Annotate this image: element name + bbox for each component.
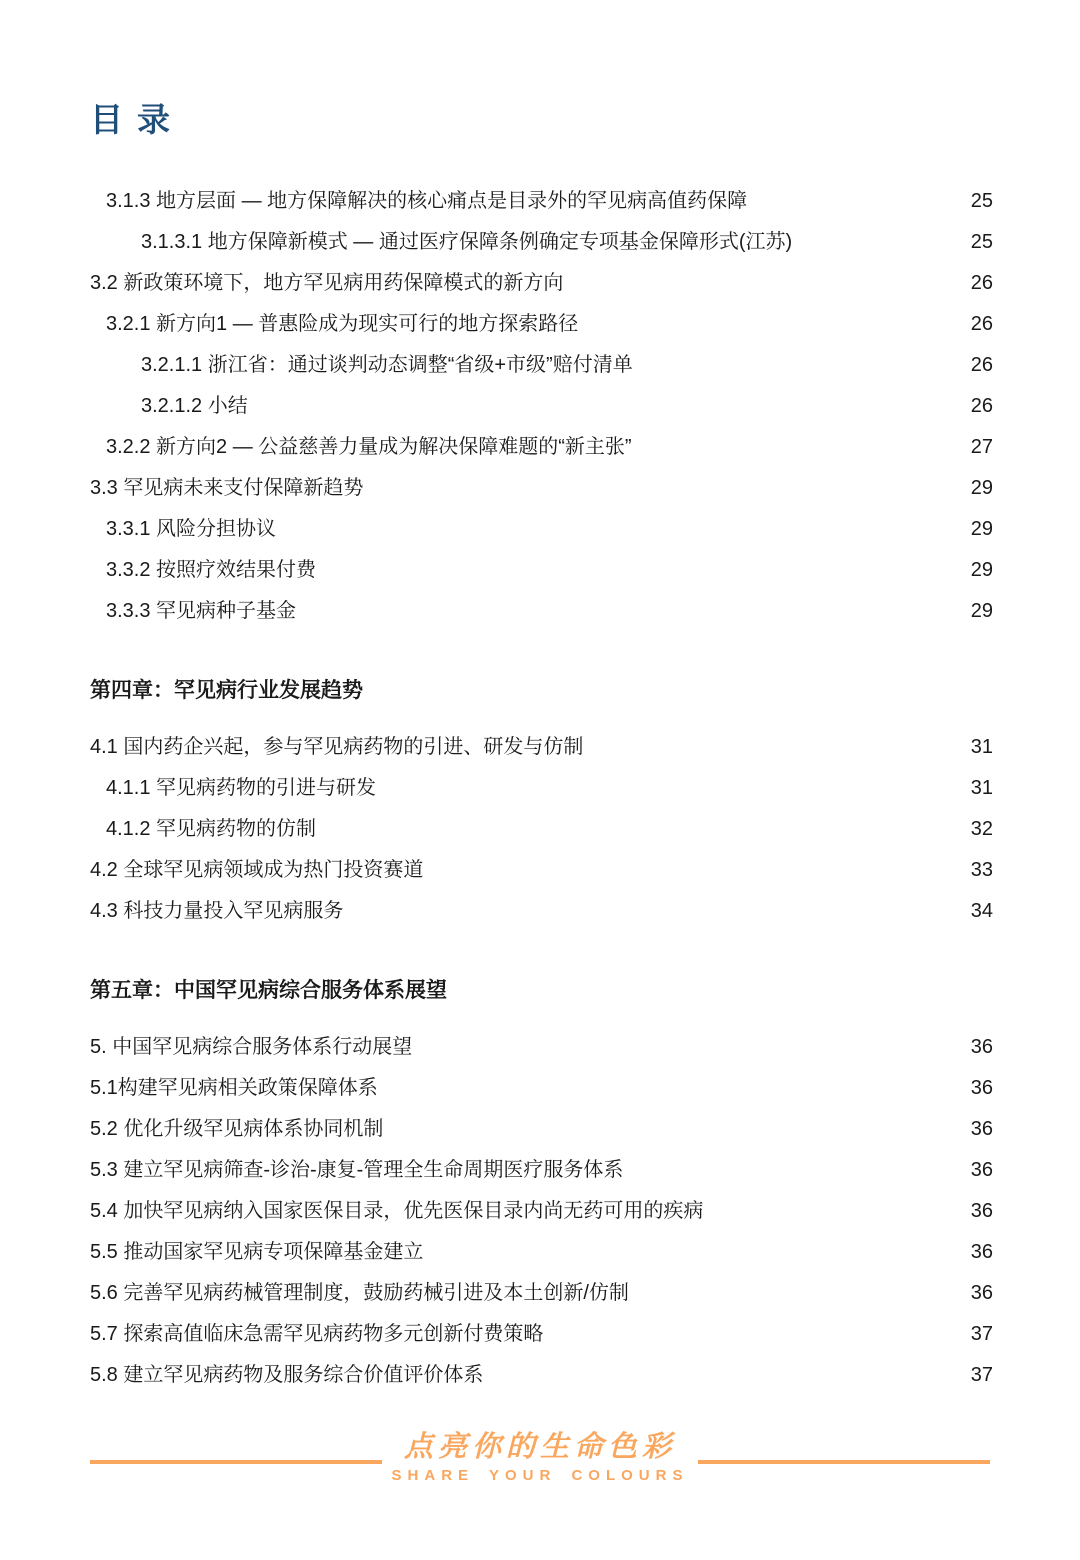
- toc-entry-label: 4.1 国内药企兴起，参与罕见病药物的引进、研发与仿制: [90, 727, 943, 768]
- toc-entry[interactable]: 5. 中国罕见病综合服务体系行动展望 36: [90, 1027, 993, 1068]
- toc-entry[interactable]: 4.3 科技力量投入罕见病服务 34: [90, 891, 993, 932]
- footer-brand: 点亮你的生命色彩 SHARE YOUR COLOURS: [382, 1430, 699, 1484]
- toc-entry-label: 4.2 全球罕见病领域成为热门投资赛道: [90, 850, 943, 891]
- toc-entry-page: 31: [957, 727, 993, 768]
- toc-entry-label: 3.3 罕见病未来支付保障新趋势: [90, 468, 943, 509]
- toc-entry-label: 3.3.1 风险分担协议: [106, 509, 943, 550]
- toc-entry[interactable]: 3.2.1.1 浙江省：通过谈判动态调整“省级+市级”赔付清单 26: [90, 345, 993, 386]
- toc-entry-page: 26: [957, 304, 993, 345]
- toc-entry-label: 3.1.3.1 地方保障新模式 — 通过医疗保障条例确定专项基金保障形式(江苏): [141, 222, 943, 263]
- toc-entry-page: 37: [957, 1314, 993, 1355]
- toc-entry-label: 5.3 建立罕见病筛查-诊治-康复-管理全生命周期医疗服务体系: [90, 1150, 943, 1191]
- toc-entry[interactable]: 3.3.3 罕见病种子基金 29: [90, 591, 993, 632]
- toc-entry[interactable]: 4.2 全球罕见病领域成为热门投资赛道 33: [90, 850, 993, 891]
- footer-tagline-en: SHARE YOUR COLOURS: [392, 1467, 689, 1484]
- divider-line-right: [698, 1460, 990, 1464]
- toc-entry-label: 3.3.3 罕见病种子基金: [106, 591, 943, 632]
- toc-entry-label: 5.6 完善罕见病药械管理制度，鼓励药械引进及本土创新/仿制: [90, 1273, 943, 1314]
- toc-entry-label: 第四章：罕见病行业发展趋势: [90, 670, 993, 711]
- toc-entry-label: 5.5 推动国家罕见病专项保障基金建立: [90, 1232, 943, 1273]
- toc-entry-label: 5.8 建立罕见病药物及服务综合价值评价体系: [90, 1355, 943, 1396]
- toc-chapter-heading: 第五章：中国罕见病综合服务体系展望: [90, 970, 993, 1011]
- toc-entry-label: 5.4 加快罕见病纳入国家医保目录，优先医保目录内尚无药可用的疾病: [90, 1191, 943, 1232]
- toc-entry[interactable]: 5.2 优化升级罕见病体系协同机制 36: [90, 1109, 993, 1150]
- toc-entry[interactable]: 3.2.1.2 小结 26: [90, 386, 993, 427]
- toc-entry[interactable]: 5.4 加快罕见病纳入国家医保目录，优先医保目录内尚无药可用的疾病 36: [90, 1191, 993, 1232]
- toc-entry[interactable]: 3.2 新政策环境下，地方罕见病用药保障模式的新方向 26: [90, 263, 993, 304]
- toc-entry-page: 26: [957, 386, 993, 427]
- toc-entry[interactable]: 5.7 探索高值临床急需罕见病药物多元创新付费策略 37: [90, 1314, 993, 1355]
- toc-entry-page: 36: [957, 1027, 993, 1068]
- toc-entry-label: 3.2.1.2 小结: [141, 386, 943, 427]
- toc-entry-page: 29: [957, 550, 993, 591]
- toc-entry[interactable]: 3.3.1 风险分担协议 29: [90, 509, 993, 550]
- toc-entry[interactable]: 5.6 完善罕见病药械管理制度，鼓励药械引进及本土创新/仿制 36: [90, 1273, 993, 1314]
- toc-entry-label: 3.2.1.1 浙江省：通过谈判动态调整“省级+市级”赔付清单: [141, 345, 943, 386]
- toc-entry-page: 37: [957, 1355, 993, 1396]
- toc-entry-page: 29: [957, 509, 993, 550]
- toc-entry-page: 36: [957, 1232, 993, 1273]
- toc-entry-page: 25: [957, 222, 993, 263]
- toc-entry-label: 3.2.1 新方向1 — 普惠险成为现实可行的地方探索路径: [106, 304, 943, 345]
- toc-entry-label: 5.1构建罕见病相关政策保障体系: [90, 1068, 943, 1109]
- toc-entry[interactable]: 3.1.3 地方层面 — 地方保障解决的核心痛点是目录外的罕见病高值药保障 25: [90, 181, 993, 222]
- toc-entry-page: 25: [957, 181, 993, 222]
- toc-page: { "page": { "title": "目录", "title_color"…: [0, 0, 1080, 1560]
- divider-line-left: [90, 1460, 382, 1464]
- toc-entry-page: 29: [957, 591, 993, 632]
- toc-entry-page: 32: [957, 809, 993, 850]
- toc-entry-label: 5.2 优化升级罕见病体系协同机制: [90, 1109, 943, 1150]
- toc-entry-page: 36: [957, 1150, 993, 1191]
- toc-entry-label: 第五章：中国罕见病综合服务体系展望: [90, 970, 993, 1011]
- toc-entry[interactable]: 4.1.1 罕见病药物的引进与研发 31: [90, 768, 993, 809]
- toc-entry[interactable]: 3.3 罕见病未来支付保障新趋势 29: [90, 468, 993, 509]
- toc-entry[interactable]: 5.1构建罕见病相关政策保障体系 36: [90, 1068, 993, 1109]
- toc-entry-label: 4.3 科技力量投入罕见病服务: [90, 891, 943, 932]
- toc-entry[interactable]: 5.5 推动国家罕见病专项保障基金建立 36: [90, 1232, 993, 1273]
- toc-entry[interactable]: 3.1.3.1 地方保障新模式 — 通过医疗保障条例确定专项基金保障形式(江苏)…: [90, 222, 993, 263]
- toc-entry-page: 34: [957, 891, 993, 932]
- toc-entry-label: 3.2.2 新方向2 — 公益慈善力量成为解决保障难题的“新主张”: [106, 427, 943, 468]
- toc-entry-label: 5. 中国罕见病综合服务体系行动展望: [90, 1027, 943, 1068]
- toc-entry[interactable]: 5.3 建立罕见病筛查-诊治-康复-管理全生命周期医疗服务体系 36: [90, 1150, 993, 1191]
- toc-chapter-heading: 第四章：罕见病行业发展趋势: [90, 670, 993, 711]
- toc-entry-label: 3.3.2 按照疗效结果付费: [106, 550, 943, 591]
- toc-entry[interactable]: 3.2.2 新方向2 — 公益慈善力量成为解决保障难题的“新主张” 27: [90, 427, 993, 468]
- toc-entry-page: 31: [957, 768, 993, 809]
- footer-tagline-zh: 点亮你的生命色彩: [392, 1430, 689, 1464]
- toc-entry[interactable]: 5.8 建立罕见病药物及服务综合价值评价体系 37: [90, 1355, 993, 1396]
- toc-entry-page: 36: [957, 1191, 993, 1232]
- toc-entry-page: 36: [957, 1273, 993, 1314]
- toc-entry-label: 3.1.3 地方层面 — 地方保障解决的核心痛点是目录外的罕见病高值药保障: [106, 181, 943, 222]
- toc-entry[interactable]: 3.3.2 按照疗效结果付费 29: [90, 550, 993, 591]
- toc-entry-page: 26: [957, 263, 993, 304]
- toc-entry-label: 5.7 探索高值临床急需罕见病药物多元创新付费策略: [90, 1314, 943, 1355]
- toc-entry-page: 29: [957, 468, 993, 509]
- toc-entry[interactable]: 3.2.1 新方向1 — 普惠险成为现实可行的地方探索路径 26: [90, 304, 993, 345]
- toc-list: 3.1.3 地方层面 — 地方保障解决的核心痛点是目录外的罕见病高值药保障 25…: [90, 181, 993, 1396]
- toc-entry-label: 3.2 新政策环境下，地方罕见病用药保障模式的新方向: [90, 263, 943, 304]
- toc-entry[interactable]: 4.1 国内药企兴起，参与罕见病药物的引进、研发与仿制 31: [90, 727, 993, 768]
- toc-entry-page: 36: [957, 1068, 993, 1109]
- toc-entry[interactable]: 4.1.2 罕见病药物的仿制 32: [90, 809, 993, 850]
- toc-entry-page: 27: [957, 427, 993, 468]
- toc-entry-label: 4.1.2 罕见病药物的仿制: [106, 809, 943, 850]
- toc-entry-page: 36: [957, 1109, 993, 1150]
- toc-entry-page: 26: [957, 345, 993, 386]
- page-title: 目录: [90, 94, 184, 141]
- footer: 点亮你的生命色彩 SHARE YOUR COLOURS: [90, 1430, 990, 1484]
- toc-entry-page: 33: [957, 850, 993, 891]
- toc-entry-label: 4.1.1 罕见病药物的引进与研发: [106, 768, 943, 809]
